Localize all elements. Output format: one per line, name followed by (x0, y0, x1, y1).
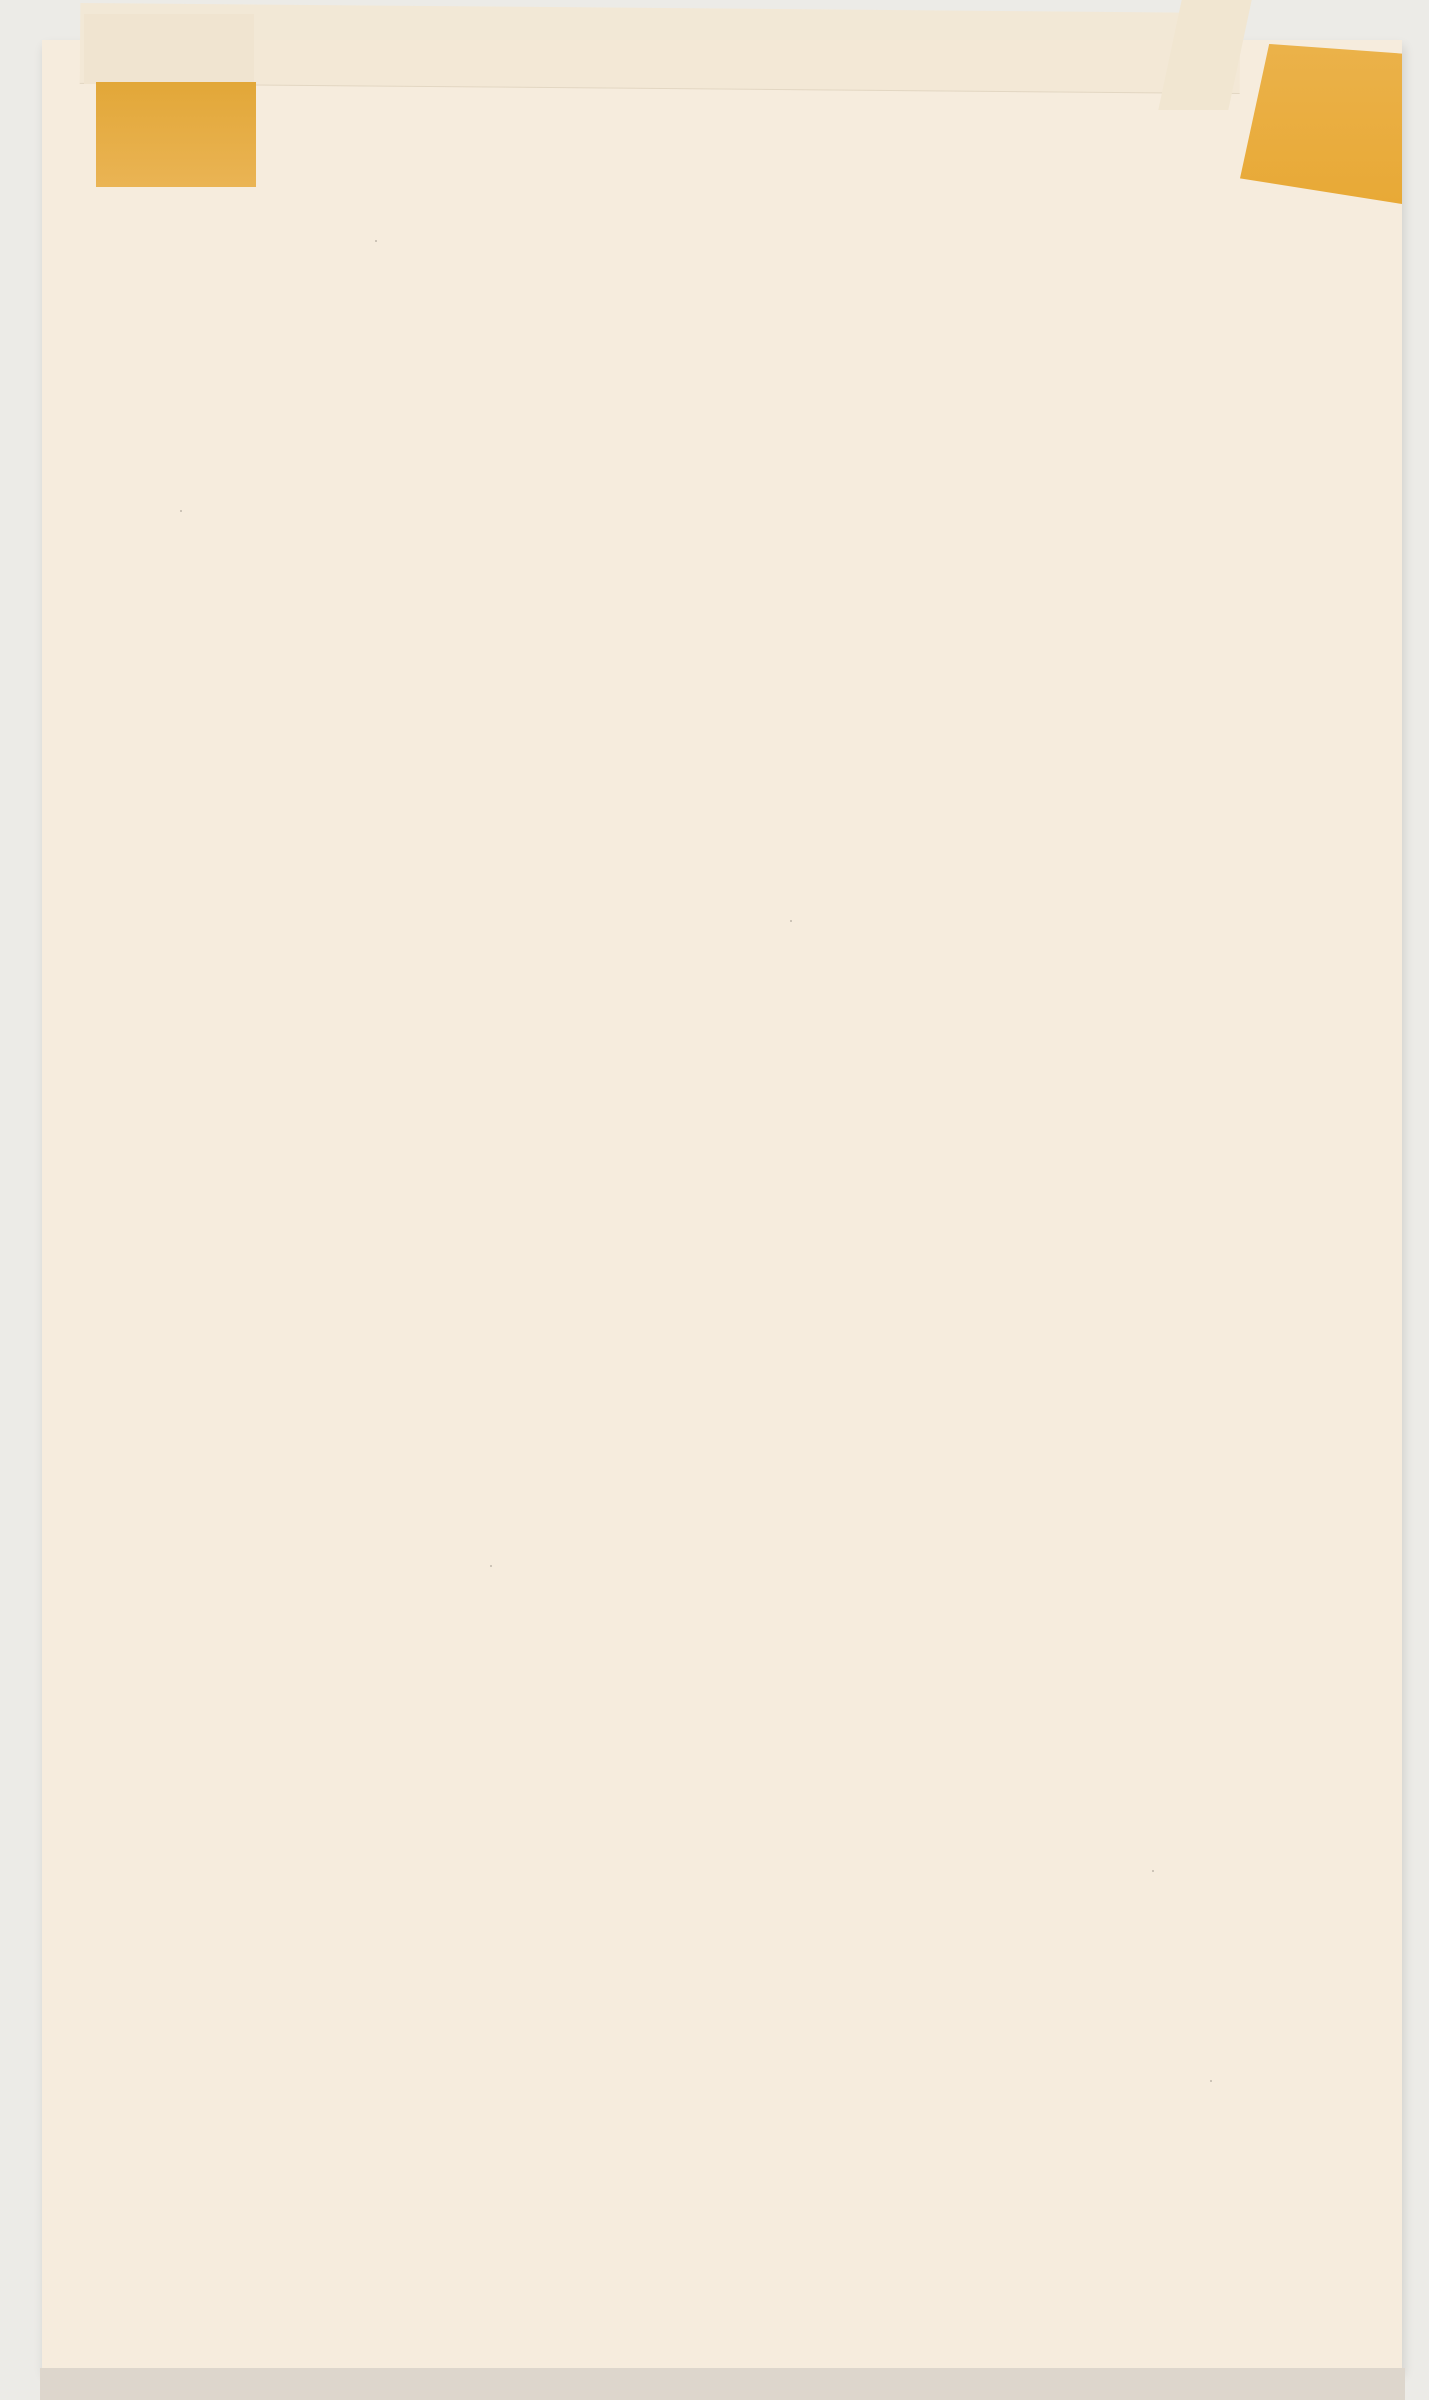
speck (1210, 2080, 1212, 2082)
tape-stain-left (96, 82, 256, 187)
speck (375, 240, 377, 242)
speck (1152, 1870, 1154, 1872)
speck (180, 510, 182, 512)
shadow (40, 2368, 1405, 2400)
tape-stain-right (1240, 44, 1402, 204)
masking-tape-left (84, 14, 254, 84)
speck (790, 920, 792, 922)
paper-sheet (42, 40, 1402, 2370)
speck (490, 1565, 492, 1567)
